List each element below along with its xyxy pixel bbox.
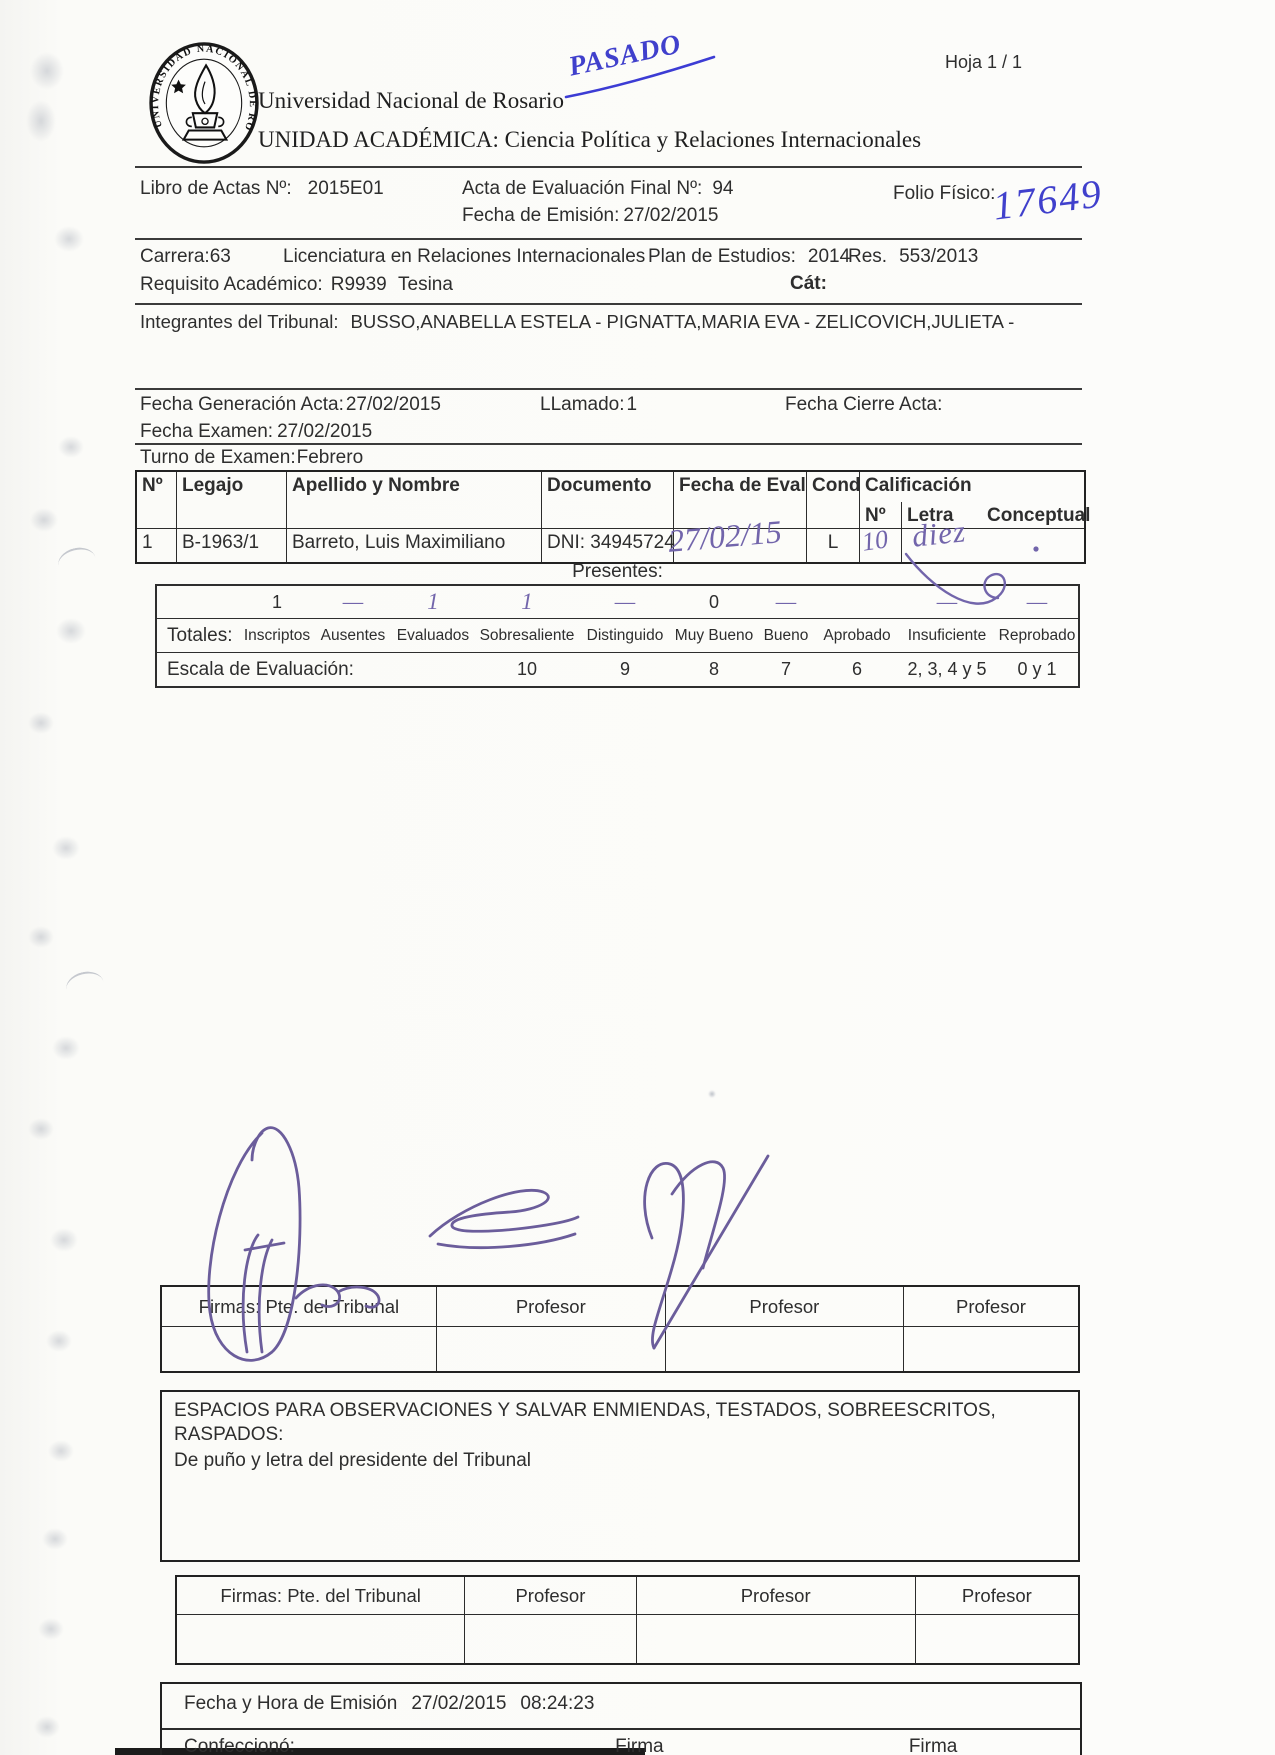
fecha-emision-value: 27/02/2015	[623, 205, 718, 227]
emission-line: Fecha y Hora de Emisión 27/02/2015 08:24…	[162, 1684, 1080, 1722]
row-documento: DNI: 34945724	[542, 528, 674, 562]
profesor-header-1a: Profesor	[437, 1287, 666, 1327]
requisito-name: Tesina	[398, 274, 453, 296]
divider	[135, 238, 1082, 240]
firma-label-2: Firma	[786, 1736, 1080, 1755]
handwritten-calif-numero: 10	[860, 524, 890, 557]
fecha-cierre-label: Fecha Cierre Acta:	[785, 394, 942, 416]
label-sobresaliente: Sobresaliente	[475, 627, 579, 645]
scan-artifact	[50, 1228, 78, 1252]
row-calif-conceptual-cell	[982, 528, 1084, 562]
escala-label: Escala de Evaluación:	[157, 659, 475, 681]
signature-cell	[916, 1615, 1078, 1663]
emission-time: 08:24:23	[520, 1693, 594, 1722]
total-inscriptos-value: 1	[239, 592, 315, 613]
subcol-header-conceptual: Conceptual	[982, 502, 1084, 528]
tribunal-line: Integrantes del Tribunal: BUSSO,ANABELLA…	[140, 311, 1014, 333]
scan-artifact	[63, 968, 107, 1004]
fecha-examen-value: 27/02/2015	[277, 421, 372, 443]
totals-values-row: 1 — 1 1 — 0 — — —	[157, 586, 1078, 618]
col-header-cond: Cond	[807, 472, 860, 528]
escala-bueno: 7	[757, 659, 815, 680]
presentes-label: Presentes:	[155, 561, 1080, 583]
acta-num-value: 94	[712, 178, 733, 200]
total-sobresaliente-value: 1	[475, 589, 579, 615]
total-insuficiente-value: —	[899, 589, 995, 615]
signature-cell	[437, 1327, 666, 1371]
scan-artifact	[28, 926, 54, 948]
university-name: Universidad Nacional de Rosario	[258, 88, 564, 114]
totals-box: 1 — 1 1 — 0 — — — Totales: Inscriptos Au…	[155, 584, 1080, 688]
signature-cell	[904, 1327, 1078, 1371]
total-muybueno-value: 0	[671, 592, 757, 613]
total-distinguido-value: —	[579, 589, 671, 615]
scan-artifact	[58, 436, 84, 458]
scan-artifact	[52, 1036, 80, 1060]
escala-muybueno: 8	[671, 659, 757, 680]
total-reprobado-value: —	[995, 589, 1079, 615]
res-value: 553/2013	[899, 246, 978, 268]
signature-cell	[162, 1327, 437, 1371]
col-header-nombre: Apellido y Nombre	[287, 472, 542, 528]
scan-artifact	[34, 1716, 60, 1738]
confecciono-label: Confeccionó:	[162, 1736, 492, 1755]
label-insuficiente: Insuficiente	[899, 627, 995, 645]
divider	[135, 443, 1082, 445]
row-n: 1	[137, 528, 177, 562]
libro-de-actas: Libro de Actas Nº: 2015E01	[140, 178, 384, 200]
scan-artifact	[30, 52, 64, 90]
scanned-acta-document: Hoja 1 / 1 UNIVERSIDAD NACIONAL DE ROSAR…	[0, 0, 1275, 1755]
label-distinguido: Distinguido	[579, 627, 671, 645]
label-muybueno: Muy Bueno	[671, 627, 757, 645]
requisito-label: Requisito Académico:	[140, 274, 323, 296]
totals-labels-row: Totales: Inscriptos Ausentes Evaluados S…	[157, 618, 1078, 652]
row-nombre: Barreto, Luis Maximiliano	[287, 528, 542, 562]
carrera-line: Carrera: 63	[140, 246, 231, 268]
col-header-legajo: Legajo	[177, 472, 287, 528]
tribunal-members: BUSSO,ANABELLA ESTELA - PIGNATTA,MARIA E…	[351, 311, 1015, 333]
fecha-emision-label: Fecha de Emisión:	[462, 205, 619, 227]
scan-artifact	[42, 1528, 68, 1550]
col-header-n: Nº	[137, 472, 177, 528]
scan-artifact	[52, 836, 80, 860]
turno-examen: Turno de Examen: Febrero	[140, 447, 363, 469]
escala-aprobado: 6	[815, 659, 899, 680]
turno-label: Turno de Examen:	[140, 447, 296, 469]
profesor-header-2c: Profesor	[916, 1577, 1078, 1615]
total-ausentes-value: —	[315, 589, 391, 615]
row-cond: L	[807, 528, 860, 562]
tribunal-label: Integrantes del Tribunal:	[140, 311, 339, 333]
observations-line2: RASPADOS:	[174, 1423, 1066, 1447]
scan-artifact	[48, 1440, 74, 1462]
res-label: Res.	[848, 246, 887, 268]
fecha-emision: Fecha de Emisión: 27/02/2015	[462, 205, 718, 227]
totales-label: Totales:	[157, 625, 239, 647]
academic-unit: UNIDAD ACADÉMICA: Ciencia Política y Rel…	[258, 127, 921, 153]
label-bueno: Bueno	[757, 627, 815, 645]
fecha-generacion: Fecha Generación Acta: 27/02/2015	[140, 394, 441, 416]
scan-artifact	[28, 1118, 54, 1140]
acta-numero: Acta de Evaluación Final Nº: 94	[462, 178, 733, 200]
signature-cell	[666, 1327, 904, 1371]
page-number: Hoja 1 / 1	[945, 52, 1022, 73]
carrera-code: 63	[210, 246, 231, 268]
observations-line3: De puño y letra del presidente del Tribu…	[174, 1449, 1066, 1473]
acta-num-label: Acta de Evaluación Final Nº:	[462, 178, 702, 200]
signatures-table-1: Firmas: Pte. del Tribunal Profesor Profe…	[160, 1285, 1080, 1373]
plan-de-estudios: Plan de Estudios: 2014	[648, 246, 850, 268]
observations-box: ESPACIOS PARA OBSERVACIONES Y SALVAR ENM…	[160, 1390, 1080, 1562]
divider	[135, 166, 1082, 168]
divider	[135, 303, 1082, 305]
label-ausentes: Ausentes	[315, 627, 391, 645]
scan-artifact	[26, 100, 56, 142]
scan-artifact	[38, 1618, 64, 1640]
handwritten-calif-letra: diez	[910, 513, 967, 554]
row-legajo: B-1963/1	[177, 528, 287, 562]
firmas-pte-header-2: Firmas: Pte. del Tribunal	[177, 1577, 465, 1615]
escala-distinguido: 9	[579, 659, 671, 680]
requisito-code: R9939	[331, 274, 387, 296]
signature-cell	[177, 1615, 465, 1663]
firmas-pte-header-1: Firmas: Pte. del Tribunal	[162, 1287, 437, 1327]
scan-artifact	[30, 508, 58, 532]
libro-value: 2015E01	[308, 178, 384, 200]
university-logo: UNIVERSIDAD NACIONAL DE ROSARIO	[148, 40, 260, 166]
label-evaluados: Evaluados	[391, 627, 475, 645]
profesor-header-1c: Profesor	[904, 1287, 1078, 1327]
escala-row: Escala de Evaluación: 10 9 8 7 6 2, 3, 4…	[157, 652, 1078, 686]
carrera-name: Licenciatura en Relaciones Internacional…	[283, 246, 645, 268]
label-aprobado: Aprobado	[815, 627, 899, 645]
profesor-header-2a: Profesor	[465, 1577, 636, 1615]
confecciono-row: Confeccionó: Firma Firma	[162, 1730, 1080, 1755]
signature-cell	[637, 1615, 916, 1663]
turno-value: Febrero	[297, 447, 364, 469]
libro-label: Libro de Actas Nº:	[140, 178, 292, 200]
escala-insuficiente: 2, 3, 4 y 5	[899, 659, 995, 680]
divider	[135, 388, 1082, 390]
label-reprobado: Reprobado	[995, 627, 1079, 645]
signature-cell	[465, 1615, 636, 1663]
total-evaluados-value: 1	[391, 589, 475, 615]
scan-artifact	[54, 226, 84, 252]
scan-artifact	[55, 544, 99, 580]
plan-label: Plan de Estudios:	[648, 246, 796, 268]
emission-label: Fecha y Hora de Emisión	[184, 1693, 397, 1722]
signature-professor-2	[430, 1190, 578, 1247]
scan-artifact	[708, 1090, 716, 1098]
col-header-documento: Documento	[542, 472, 674, 528]
folio-fisico-label: Folio Físico:	[893, 183, 995, 205]
total-bueno-value: —	[757, 589, 815, 615]
fecha-examen-label: Fecha Examen:	[140, 421, 273, 443]
signatures-table-2: Firmas: Pte. del Tribunal Profesor Profe…	[175, 1575, 1080, 1665]
fecha-generacion-value: 27/02/2015	[346, 394, 441, 416]
label-inscriptos: Inscriptos	[239, 627, 315, 645]
escala-reprobado: 0 y 1	[995, 659, 1079, 680]
profesor-header-1b: Profesor	[666, 1287, 904, 1327]
scan-artifact	[46, 1330, 72, 1352]
emission-box: Fecha y Hora de Emisión 27/02/2015 08:24…	[160, 1682, 1082, 1755]
plan-value: 2014	[808, 246, 850, 268]
resolucion: Res. 553/2013	[848, 246, 978, 268]
escala-sobresaliente: 10	[475, 659, 579, 680]
col-header-calificacion: Calificación	[860, 472, 1084, 502]
firma-label-1: Firma	[492, 1736, 786, 1755]
handwritten-pasado: PASADO	[566, 28, 685, 83]
scan-artifact	[56, 618, 86, 644]
handwritten-folio-number: 17649	[991, 169, 1106, 229]
carrera-label: Carrera:	[140, 246, 210, 268]
fecha-examen: Fecha Examen: 27/02/2015	[140, 421, 372, 443]
fecha-generacion-label: Fecha Generación Acta:	[140, 394, 344, 416]
llamado-value: 1	[627, 394, 638, 416]
observations-line1: ESPACIOS PARA OBSERVACIONES Y SALVAR ENM…	[174, 1399, 1066, 1423]
llamado-label: LLamado:	[540, 394, 625, 416]
llamado: LLamado: 1	[540, 394, 637, 416]
emission-date: 27/02/2015	[411, 1693, 506, 1722]
scan-artifact	[28, 712, 54, 734]
catedra-label: Cát:	[790, 273, 827, 295]
requisito-academico: Requisito Académico: R9939	[140, 274, 387, 296]
profesor-header-2b: Profesor	[637, 1577, 916, 1615]
